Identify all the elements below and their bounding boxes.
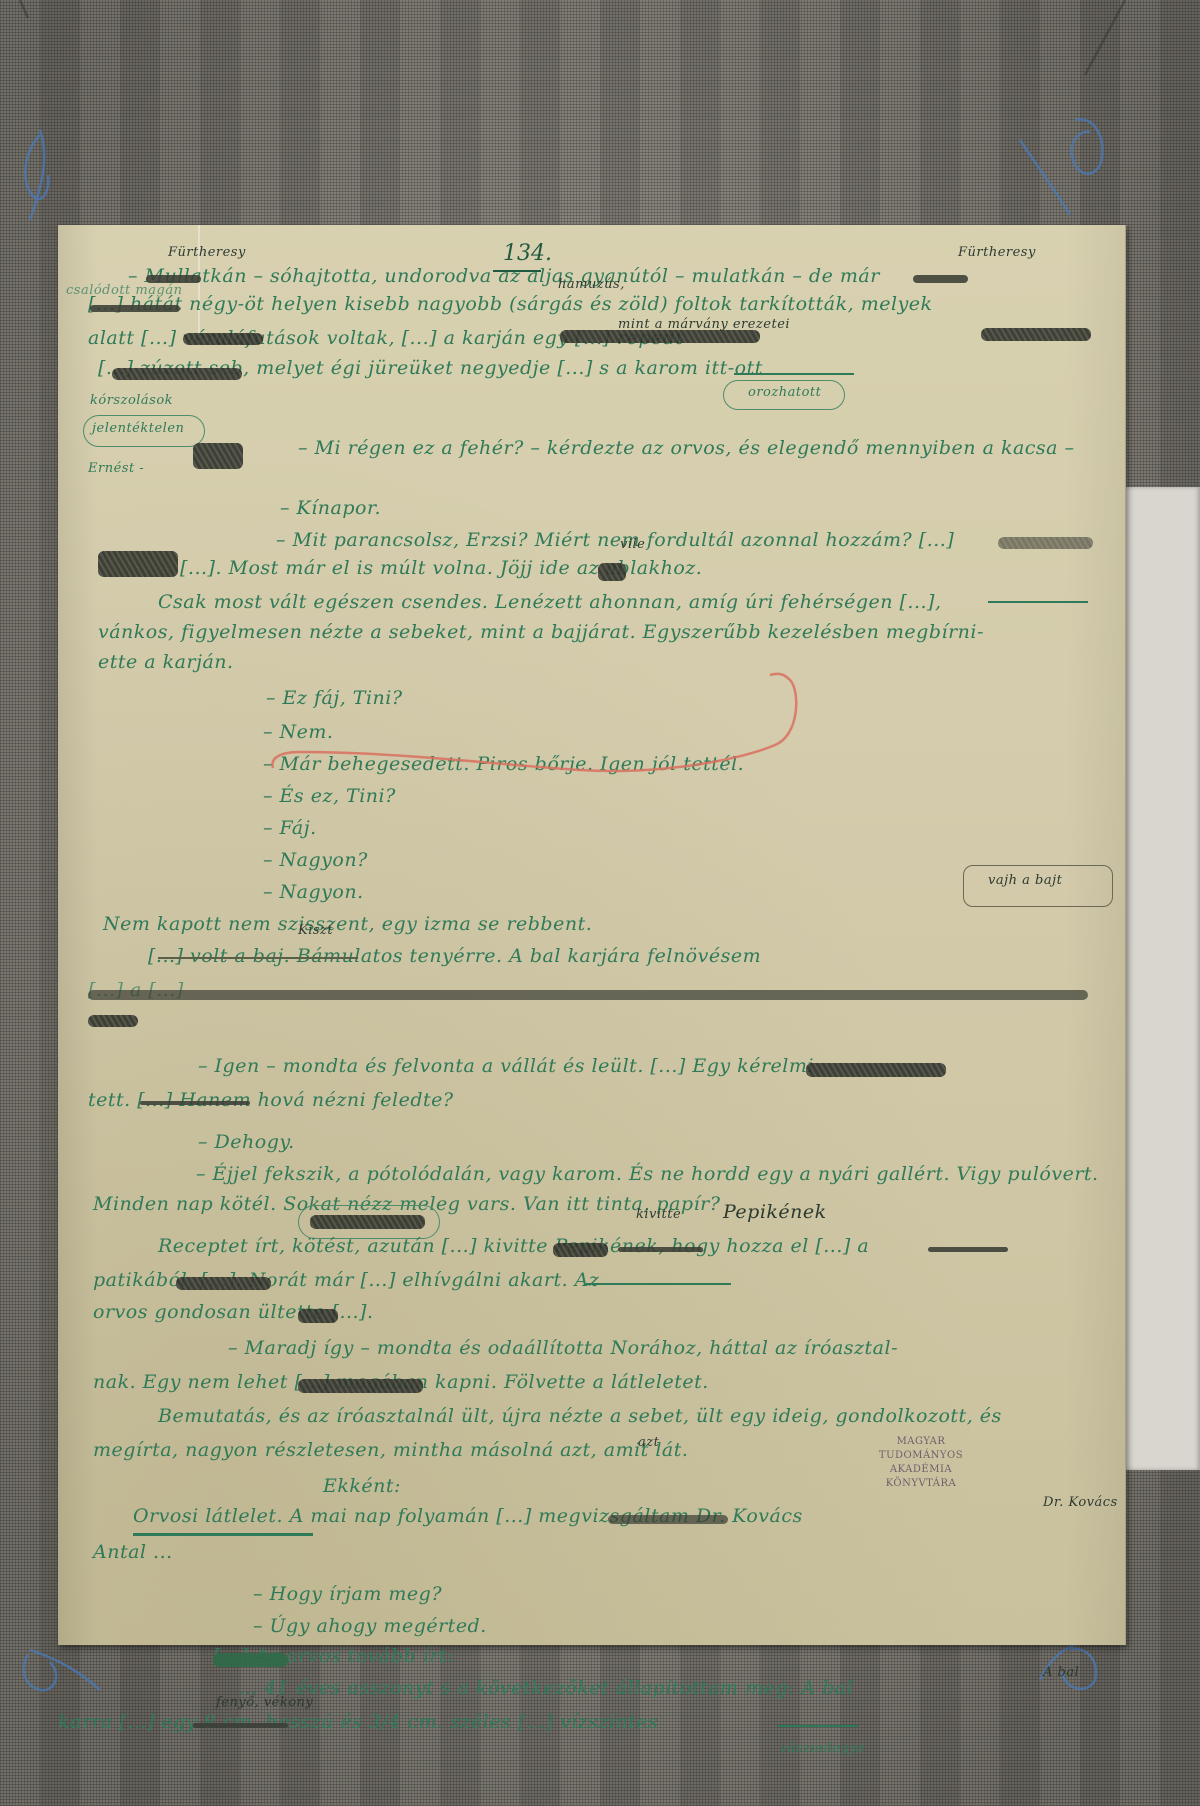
insert-hamuzus: hamuzús, — [558, 277, 625, 292]
line-1: – Mullatkán – sóhajtotta, undorodva az a… — [128, 265, 880, 287]
scribble-out — [298, 1309, 338, 1323]
line-41: ... 41 éves asszonyt s a következőket ál… — [238, 1677, 853, 1699]
scribble-out — [98, 551, 178, 577]
line-38: – Hogy írjam meg? — [253, 1583, 442, 1605]
dialogue-2: – Nem. — [263, 721, 333, 743]
line-34: megírta, nagyon részletesen, mintha máso… — [93, 1439, 688, 1461]
line-12: ette a karján. — [98, 651, 234, 673]
line-29: patikából, [...]. Norát már [...] elhívg… — [93, 1269, 599, 1291]
strikeout — [608, 1515, 728, 1524]
heading-underline — [133, 1533, 313, 1536]
insert-vaszon: vászonlegys — [780, 1741, 865, 1756]
dialogue-4: – És ez, Tini? — [263, 785, 396, 807]
insert-azt: azt — [638, 1435, 659, 1450]
dialogue-6: – Nagyon? — [263, 849, 368, 871]
insert-kiszt: Kiszt — [298, 923, 333, 938]
insert-top-right: Fürtheresy — [958, 245, 1036, 260]
scribble-out — [981, 328, 1091, 341]
margin-note-3: jelentéktelen — [92, 421, 184, 436]
line-24: tett. [...] Hanem hová nézni feledte? — [88, 1089, 454, 1111]
insert-vile: vile — [620, 537, 645, 552]
insert-fenyo: fenyő, vékony — [216, 1695, 313, 1710]
insert-a-bal: A bal — [1043, 1665, 1079, 1680]
line-2: [...] hátát négy-öt helyen kisebb nagyob… — [88, 293, 933, 315]
dialogue-1: – Ez fáj, Tini? — [266, 687, 403, 709]
insert-pepikenek: Pepikének — [723, 1201, 827, 1223]
scribble-out — [183, 333, 263, 345]
line-25: – Dehogy. — [198, 1131, 295, 1153]
scribble-out — [553, 1243, 608, 1257]
line-33: Bemutatás, és az íróasztalnál ült, újra … — [158, 1405, 1002, 1427]
insert-dr-kovacs: Dr. Kovács — [1043, 1495, 1118, 1510]
page-number: 134. — [503, 241, 552, 266]
strikeout — [913, 275, 968, 283]
scribble-out — [598, 563, 626, 581]
long-strikeout — [88, 990, 1088, 1000]
strikeout-green — [734, 373, 854, 375]
margin-note-2: kórszolások — [90, 393, 173, 408]
stamp-line-1: MAGYAR — [856, 1435, 986, 1449]
line-37: Antal ... — [93, 1541, 173, 1563]
insert-top-left: Fürtheresy — [168, 245, 246, 260]
dialogue-3: – Már behegesedett. Piros bőrje. Igen jó… — [263, 753, 744, 775]
scribble-out — [193, 443, 243, 469]
insert-orozhatott: orozhatott — [748, 385, 821, 400]
scribble-out — [112, 368, 242, 380]
line-6: – Mi régen ez a fehér? – kérdezte az orv… — [298, 437, 1075, 459]
scribble-out — [806, 1063, 946, 1077]
scribble-out — [310, 1215, 425, 1229]
line-8: – Mit parancsolsz, Erzsi? Miért nem ford… — [276, 529, 954, 551]
insert-kivitte: kivitte — [636, 1207, 681, 1222]
line-31: – Maradj így – mondta és odaállította No… — [228, 1337, 898, 1359]
line-10: Csak most vált egészen csendes. Lenézett… — [158, 591, 942, 613]
line-23: – Igen – mondta és felvonta a vállát és … — [198, 1055, 814, 1077]
insert-vajh-a-bajt: vajh a bajt — [988, 873, 1062, 888]
line-35: Ekként: — [323, 1475, 401, 1497]
strikeout — [158, 957, 358, 959]
margin-note-4: Ernést - — [88, 461, 144, 476]
dialogue-5: – Fáj. — [263, 817, 317, 839]
strikeout — [146, 275, 201, 283]
strikeout — [193, 1723, 288, 1728]
dialogue-7: – Nagyon. — [263, 881, 364, 903]
scribble-out — [213, 1653, 288, 1667]
line-20: Nem kapott nem szisszent, egy izma se re… — [103, 913, 592, 935]
manuscript-page: Fürtheresy 134. Fürtheresy – Mullatkán –… — [58, 225, 1126, 1645]
strikeout — [90, 305, 180, 312]
line-26: – Éjjel fekszik, a pótolódalán, vagy kar… — [196, 1163, 1099, 1185]
scribble-out — [176, 1277, 271, 1290]
line-39: – Úgy ahogy megérted. — [253, 1615, 487, 1637]
line-21: [...] volt a baj. Bámulatos tenyérre. A … — [148, 945, 761, 967]
strikeout-green — [586, 1283, 731, 1285]
line-28: Receptet írt, kötést, azután [...] kivit… — [158, 1235, 869, 1257]
scribble-out — [560, 330, 760, 343]
stamp-line-2: TUDOMÁNYOS AKADÉMIA — [856, 1449, 986, 1477]
scribble-out — [998, 537, 1093, 549]
library-stamp: MAGYAR TUDOMÁNYOS AKADÉMIA KÖNYVTÁRA — [856, 1435, 986, 1491]
stamp-line-3: KÖNYVTÁRA — [856, 1477, 986, 1491]
line-42: karra [...] egy 8 cm. hosszú és 3/4 cm. … — [58, 1711, 658, 1733]
strikeout-green — [988, 601, 1088, 603]
strikeout — [928, 1247, 1008, 1252]
strikeout — [618, 1247, 703, 1252]
scribble-out — [88, 1015, 138, 1027]
strikeout-green — [778, 1725, 858, 1727]
line-7: – Kínapor. — [280, 497, 381, 519]
scribble-out — [298, 1379, 423, 1393]
strikeout — [140, 1101, 250, 1105]
white-backing-card — [1124, 487, 1200, 1470]
line-11: vánkos, figyelmesen nézte a sebeket, min… — [98, 621, 984, 643]
